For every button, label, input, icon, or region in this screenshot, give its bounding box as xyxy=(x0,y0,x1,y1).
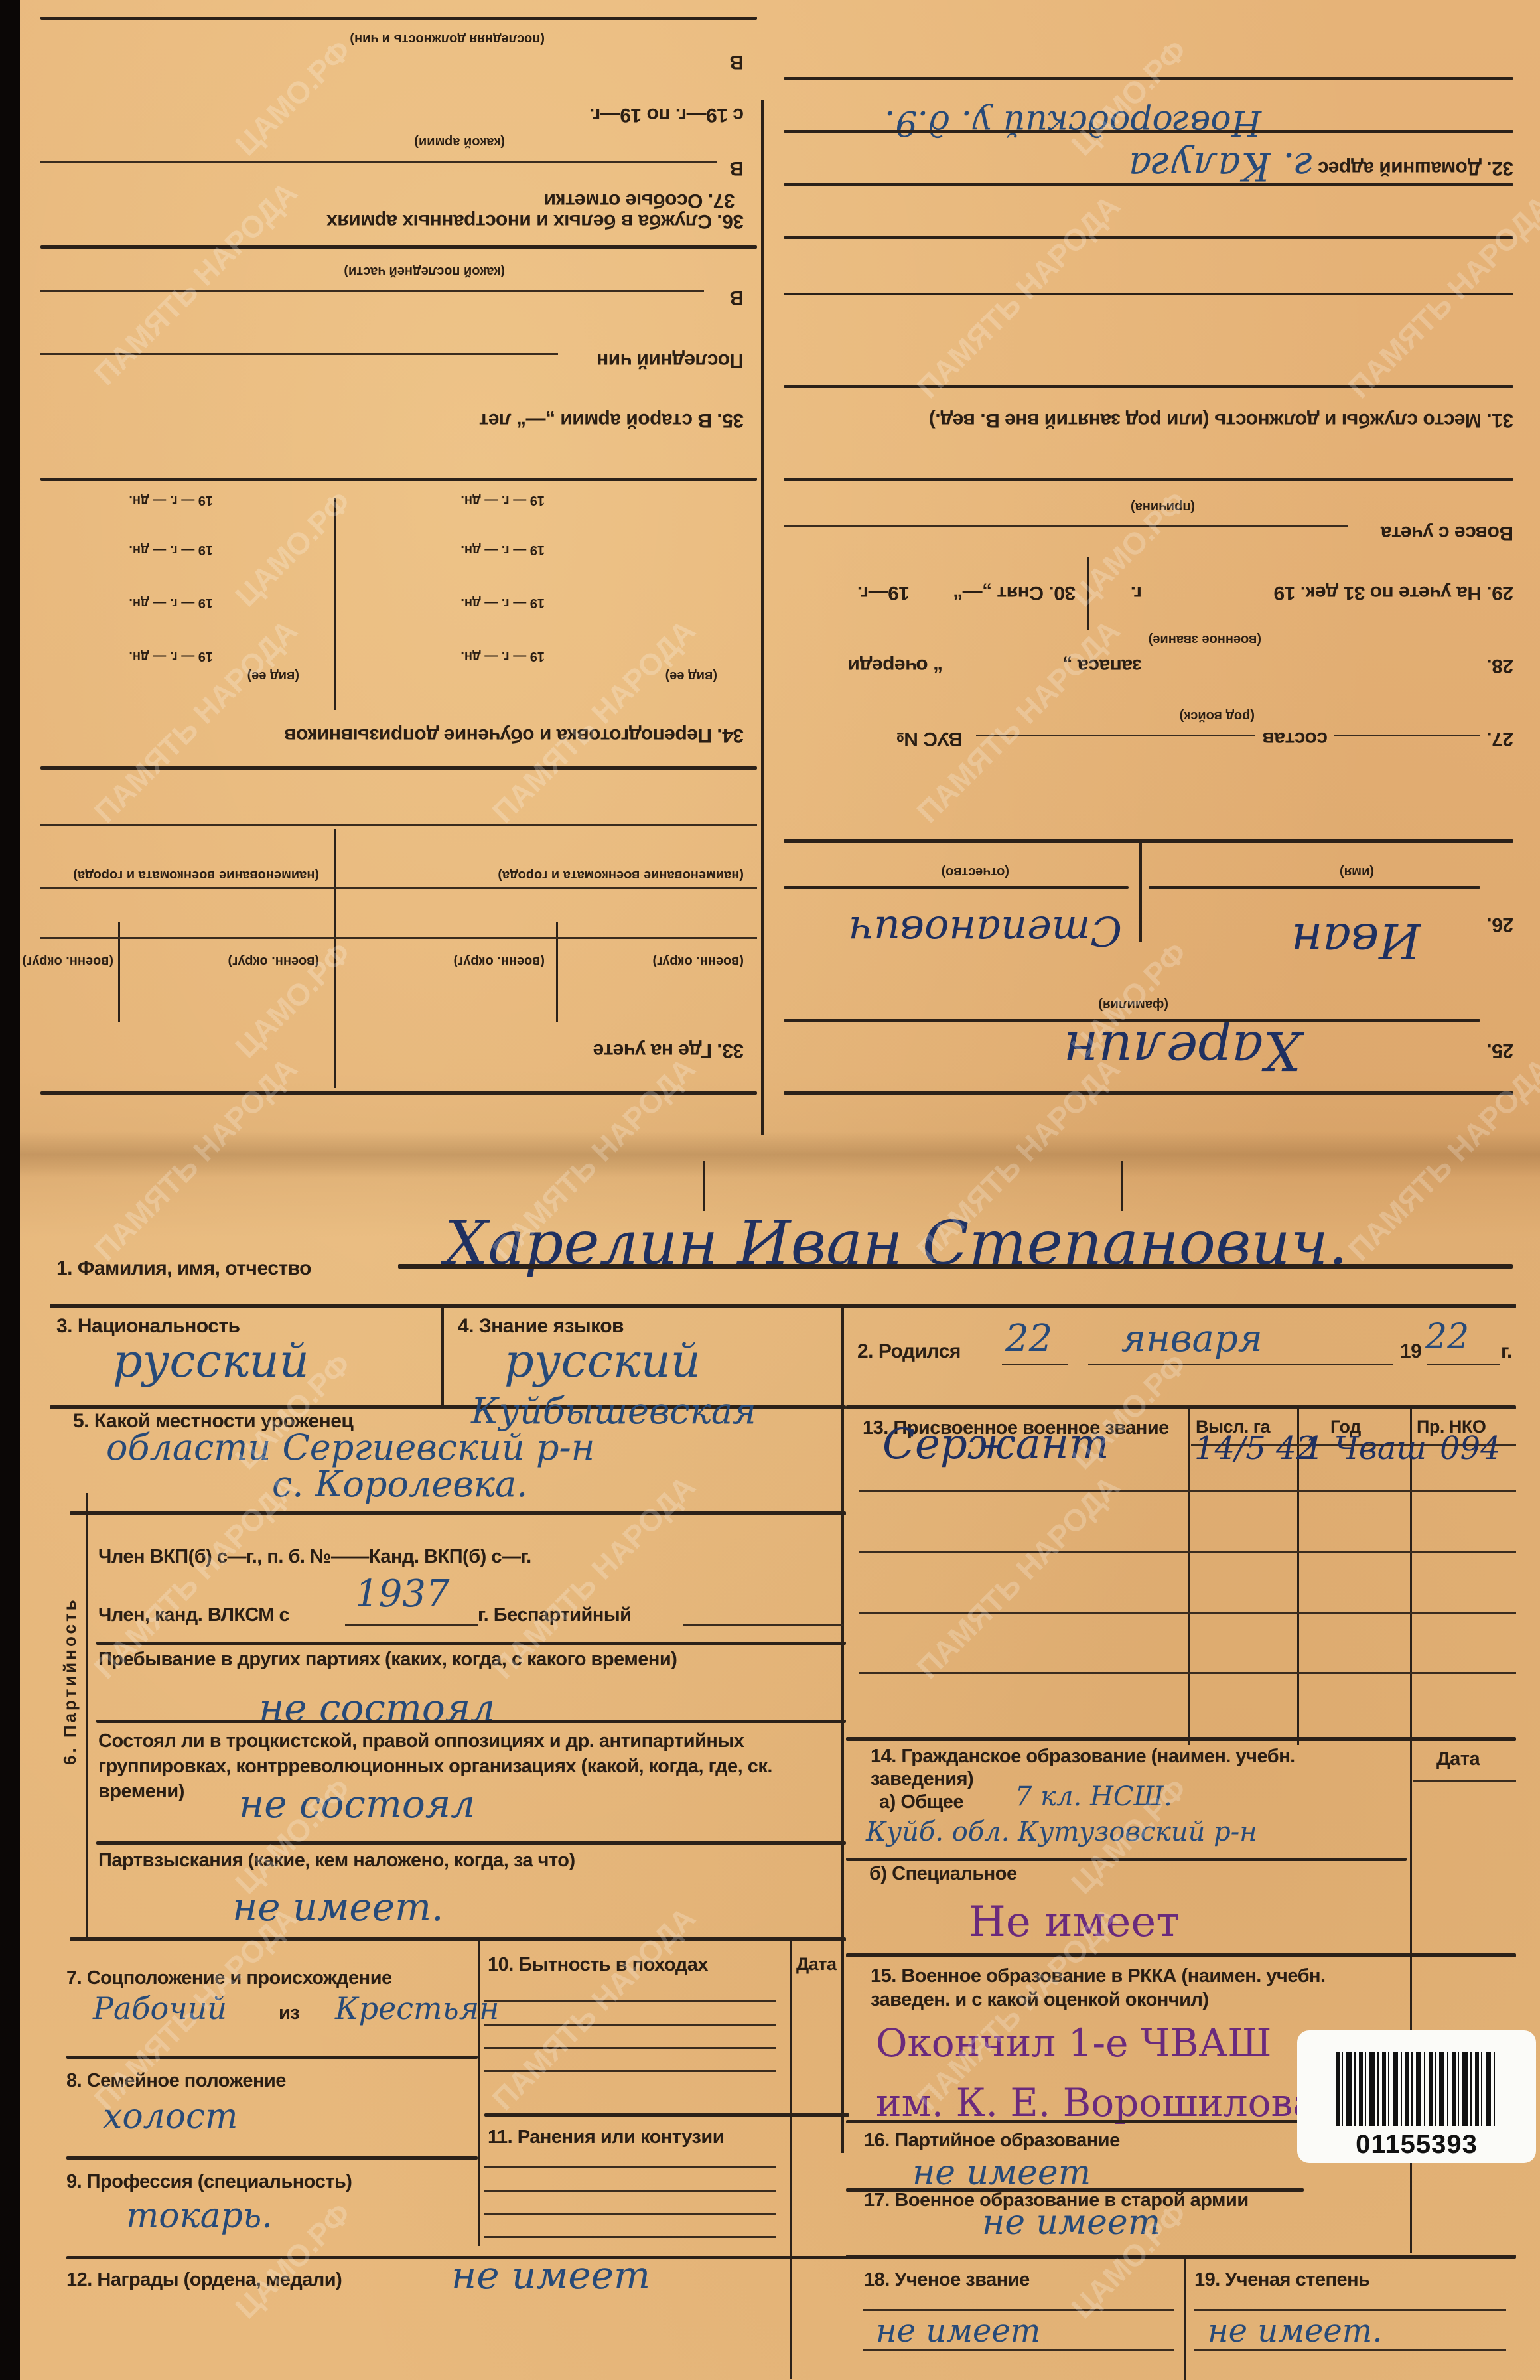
field-13-rank-value: Сержант xyxy=(882,1420,1109,1469)
blank xyxy=(1413,1780,1516,1782)
field-17-value: не имеет xyxy=(982,2203,1160,2243)
upper-half-inverted: 25. Харелин (фамилия) 26. Иван Степанови… xyxy=(20,0,1540,1135)
divider xyxy=(1184,2256,1186,2380)
field-2-month: января xyxy=(1121,1317,1263,1360)
field-34-row: 19 — г. — дн. xyxy=(129,595,213,610)
rule xyxy=(784,385,1513,388)
field-13-pr-nko-value: 094 xyxy=(1440,1430,1501,1467)
field-34-row: 19 — г. — дн. xyxy=(460,595,545,610)
rule xyxy=(846,1953,1516,1957)
divider xyxy=(1139,843,1142,942)
field-6-vertical-label: 6. Партийность xyxy=(60,1597,80,1765)
field-36-v2: В xyxy=(730,50,744,73)
field-36-period: с 19—г. по 19—г. xyxy=(589,104,744,126)
blank xyxy=(1002,1364,1068,1365)
field-2-year-prefix: 19 xyxy=(1400,1340,1421,1363)
field-6-vlksm-year: 1937 xyxy=(355,1573,450,1616)
blank xyxy=(345,1624,478,1626)
field-5-value-line3: с. Королевка. xyxy=(272,1463,527,1505)
field-27-vus: ВУС № xyxy=(896,727,963,750)
field-32-value-line2: Новгородский у. д.9. xyxy=(884,103,1261,143)
field-2-g: г. xyxy=(1501,1340,1512,1363)
field-36-label: 36. Служба в белых и иностранных армиях xyxy=(327,210,744,232)
rule xyxy=(484,2113,849,2117)
rule xyxy=(40,766,757,770)
field-11-label: 11. Ранения или контузии xyxy=(488,2127,724,2148)
blank xyxy=(859,1490,1516,1492)
field-5-value-line2: области Сергиевский р-н xyxy=(106,1427,595,1468)
rule xyxy=(1149,886,1480,889)
rule xyxy=(846,1405,1516,1409)
blank xyxy=(1194,2349,1506,2351)
field-26-patronymic-caption: (отчество) xyxy=(942,864,1009,879)
field-33-okrug-caption-2: (военн. округ) xyxy=(453,953,545,969)
divider xyxy=(1410,1407,1412,2057)
blank xyxy=(40,824,757,826)
field-18-value: не имеет xyxy=(876,2312,1040,2349)
field-27-caption: (род войск) xyxy=(1180,708,1255,723)
blank xyxy=(40,161,717,163)
field-34-vid-caption-2: (вид ее) xyxy=(247,668,299,683)
rule xyxy=(96,1841,846,1845)
blank xyxy=(683,1624,843,1626)
blank xyxy=(40,290,704,292)
field-29-label: 29. На учете по 31 дек. 19 xyxy=(1274,581,1513,604)
field-14-general-label: а) Общее xyxy=(879,1791,963,1813)
field-26-name-caption: (имя) xyxy=(1340,864,1374,879)
field-2-day: 22 xyxy=(1005,1317,1052,1360)
watermark: ПАМЯТЬ НАРОДА xyxy=(910,1468,1127,1686)
divider xyxy=(478,1941,480,2246)
fold-tick xyxy=(1121,1161,1123,1211)
paper-fold xyxy=(20,1131,1540,1178)
field-6-other-parties-label: Пребывание в других партиях (каких, когд… xyxy=(98,1649,677,1671)
watermark: ПАМЯТЬ НАРОДА xyxy=(485,1900,703,2117)
blank xyxy=(1427,1364,1500,1365)
divider xyxy=(441,1307,444,1407)
rule xyxy=(96,1720,846,1723)
field-3-value: русский xyxy=(113,1334,309,1388)
field-15-value-line1: Окончил 1-е ЧВАШ xyxy=(876,2020,1271,2065)
field-19-value: не имеет. xyxy=(1208,2312,1383,2349)
blank xyxy=(484,2000,776,2002)
field-34-row: 19 — г. — дн. xyxy=(129,648,213,664)
field-14-special-value: Не имеет xyxy=(969,1898,1180,1947)
field-2-year: 22 xyxy=(1425,1317,1469,1357)
field-34-vid-caption-1: (вид ее) xyxy=(665,668,717,683)
field-33-label: 33. Где на учете xyxy=(593,1039,744,1062)
field-32-label: 32. Домашний адрес xyxy=(1318,157,1513,179)
blank xyxy=(859,1551,1516,1553)
rule xyxy=(846,2120,1304,2123)
field-34-row: 19 — г. — дн. xyxy=(460,492,545,508)
field-7-iz: из xyxy=(279,2002,299,2024)
vovse-caption: (причина) xyxy=(1131,499,1195,514)
field-30-label: 30. Снят „—“ xyxy=(953,581,1076,604)
field-6-vlksm-prefix: Член, канд. ВЛКСМ с xyxy=(98,1604,289,1626)
rule xyxy=(784,130,1513,133)
rule xyxy=(40,245,757,249)
field-19-label: 19. Ученая степень xyxy=(1194,2269,1369,2291)
field-7-label: 7. Соцположение и происхождение xyxy=(66,1967,392,1989)
divider xyxy=(1087,557,1089,630)
field-18-label: 18. Ученое звание xyxy=(864,2269,1030,2291)
field-12-label: 12. Награды (ордена, медали) xyxy=(66,2269,342,2291)
divider xyxy=(790,1941,792,2379)
field-16-label: 16. Партийное образование xyxy=(864,2130,1120,2152)
field-32-value-line1: г. Калуга xyxy=(1129,144,1314,189)
field-2-label: 2. Родился xyxy=(857,1340,961,1363)
field-34-label: 34. Переподготовка и обучение допризывни… xyxy=(285,724,744,746)
field-16-value: не имеет xyxy=(912,2153,1091,2193)
rule xyxy=(40,1091,757,1095)
blank xyxy=(1334,735,1480,736)
field-36-v: В xyxy=(730,157,744,179)
rule xyxy=(398,1264,1513,1269)
field-8-label: 8. Семейное положение xyxy=(66,2070,286,2092)
field-10-date-header: Дата xyxy=(796,1954,837,1975)
column-divider xyxy=(841,1307,844,2153)
field-37-label: 37. Особые отметки xyxy=(544,189,735,212)
field-34-row: 19 — г. — дн. xyxy=(460,648,545,664)
blank xyxy=(40,353,558,355)
fold-tick xyxy=(703,1161,705,1211)
blank xyxy=(484,2236,776,2238)
rule xyxy=(784,293,1513,295)
rule xyxy=(846,1737,1516,1741)
field-33-okrug-caption-3: (военн. округ) xyxy=(228,953,319,969)
blank xyxy=(484,2024,776,2026)
rule xyxy=(784,1019,1480,1022)
field-10-label: 10. Бытность в походах xyxy=(488,1954,708,1976)
rule xyxy=(784,236,1513,239)
barcode-icon xyxy=(1336,2052,1495,2126)
field-26-label: 26. xyxy=(1487,913,1513,936)
field-27-sostav: состав xyxy=(1263,727,1328,750)
blank xyxy=(484,2166,776,2168)
field-34-row: 19 — г. — дн. xyxy=(129,542,213,557)
field-15-value-line2: им. К. Е. Ворошилова xyxy=(876,2080,1316,2125)
field-33-okrug-caption-1: (военн. округ) xyxy=(652,953,744,969)
rule xyxy=(40,478,757,481)
rule xyxy=(66,2156,478,2160)
field-34-row: 19 — г. — дн. xyxy=(460,542,545,557)
field-26-patronymic-value: Степанович xyxy=(848,907,1122,955)
blank xyxy=(863,2309,1174,2311)
field-9-label: 9. Профессия (специальность) xyxy=(66,2171,352,2193)
field-1-label: 1. Фамилия, имя, отчество xyxy=(56,1257,311,1280)
rule xyxy=(784,839,1513,843)
divider xyxy=(334,498,336,710)
field-6-other-parties-value: не состоял xyxy=(259,1685,495,1730)
field-25-label: 25. xyxy=(1487,1039,1513,1062)
field-29-g: г. xyxy=(1131,581,1142,604)
field-5-value-line1: Куйбышевская xyxy=(471,1390,756,1432)
field-7-value-a: Рабочий xyxy=(93,1991,227,2026)
rule xyxy=(784,77,1513,80)
blank xyxy=(859,1612,1516,1614)
field-28-label: 28. xyxy=(1487,654,1513,677)
rule xyxy=(66,2056,478,2059)
rule xyxy=(50,1304,1516,1308)
barcode-number: 01155393 xyxy=(1297,2130,1536,2160)
blank xyxy=(1088,1364,1393,1365)
rule xyxy=(784,886,1129,889)
field-35-label: 35. В старой армии „—“ лет xyxy=(479,409,744,431)
blank xyxy=(484,2213,776,2215)
blank xyxy=(40,887,757,889)
blank xyxy=(40,937,757,939)
field-6-opposition-value: не состоял xyxy=(239,1782,475,1827)
field-8-value: холост xyxy=(103,2097,238,2136)
field-6-vlksm-suffix: г. Беспартийный xyxy=(478,1604,631,1626)
field-14-special-label: б) Специальное xyxy=(869,1863,1017,1885)
field-7-value-b: Крестьян xyxy=(335,1991,499,2026)
field-25-caption: (фамилия) xyxy=(1098,997,1168,1012)
rule xyxy=(70,1511,846,1515)
divider xyxy=(86,1493,88,1937)
field-28-ocheredi: “ очереди xyxy=(848,654,943,677)
rule xyxy=(846,1858,1407,1861)
field-28-zapasa: запаса „ xyxy=(1063,654,1142,677)
field-14-date-header: Дата xyxy=(1436,1748,1480,1770)
field-14-general-value-line2: Куйб. обл. Кутузовский р-н xyxy=(866,1817,1257,1847)
field-9-value: токарь. xyxy=(126,2196,273,2236)
field-28-caption: (военное звание) xyxy=(1149,632,1261,647)
field-33-voenkomat-caption-1: (наименование военкомата и города) xyxy=(498,867,744,882)
personnel-card-sheet: 25. Харелин (фамилия) 26. Иван Степанови… xyxy=(20,0,1540,2380)
field-6-vkp-line: Член ВКП(б) с—г., п. б. №——Канд. ВКП(б) … xyxy=(98,1546,531,1568)
vovse-label: Вовсе с учета xyxy=(1381,522,1513,544)
divider xyxy=(334,829,336,1088)
field-31-label: 31. Место службы и должность (или род за… xyxy=(929,409,1513,431)
blank xyxy=(976,735,1255,736)
blank xyxy=(859,1672,1516,1674)
rule xyxy=(784,1091,1513,1095)
rule xyxy=(846,2255,1516,2259)
field-34-row: 19 — г. — дн. xyxy=(129,492,213,508)
column-divider xyxy=(761,100,764,1135)
field-6-penalties-label: Партвзыскания (какие, кем наложено, когд… xyxy=(98,1850,575,1872)
blank xyxy=(484,2190,776,2192)
field-33-voenkomat-caption-2: (наименование военкомата и города) xyxy=(73,867,319,882)
field-30-tail: 19—г. xyxy=(857,581,910,604)
blank xyxy=(1194,2309,1506,2311)
field-14-general-value-line1: 7 кл. НСШ. xyxy=(1015,1782,1172,1812)
divider xyxy=(1410,2160,1412,2253)
field-4-value: русский xyxy=(504,1334,701,1388)
rule xyxy=(40,17,757,20)
field-27-label: 27. xyxy=(1487,727,1513,750)
rule xyxy=(784,478,1513,481)
field-35-part-caption: (какой последней части) xyxy=(344,263,505,279)
field-35-v: В xyxy=(730,286,744,309)
field-15-label: 15. Военное образование в РККА (наимен. … xyxy=(871,1964,1401,2012)
field-36-post-caption: (последняя должность и чин) xyxy=(350,31,545,46)
barcode-sticker: 01155393 xyxy=(1297,2030,1536,2163)
field-13-god-value: 1 Чваш xyxy=(1304,1430,1427,1467)
blank xyxy=(784,525,1348,527)
rule xyxy=(96,1642,846,1645)
blank xyxy=(863,2349,1174,2351)
field-12-value: не имеет xyxy=(451,2253,650,2298)
divider xyxy=(1188,1407,1190,1745)
field-36-army-caption: (какой армии) xyxy=(414,134,505,149)
blank xyxy=(484,2070,776,2072)
blank xyxy=(484,2047,776,2049)
field-26-name-value: Иван xyxy=(1291,913,1421,969)
field-6-penalties-value: не имеет. xyxy=(232,1884,444,1929)
rule xyxy=(70,1937,846,1941)
field-25-value: Харелин xyxy=(1064,1020,1301,1082)
field-35-last-rank: Последний чин xyxy=(597,349,744,372)
field-13-vysl-value: 14/5 42 xyxy=(1194,1430,1316,1467)
field-33-okrug-caption-4: (военн. округ) xyxy=(22,953,113,969)
